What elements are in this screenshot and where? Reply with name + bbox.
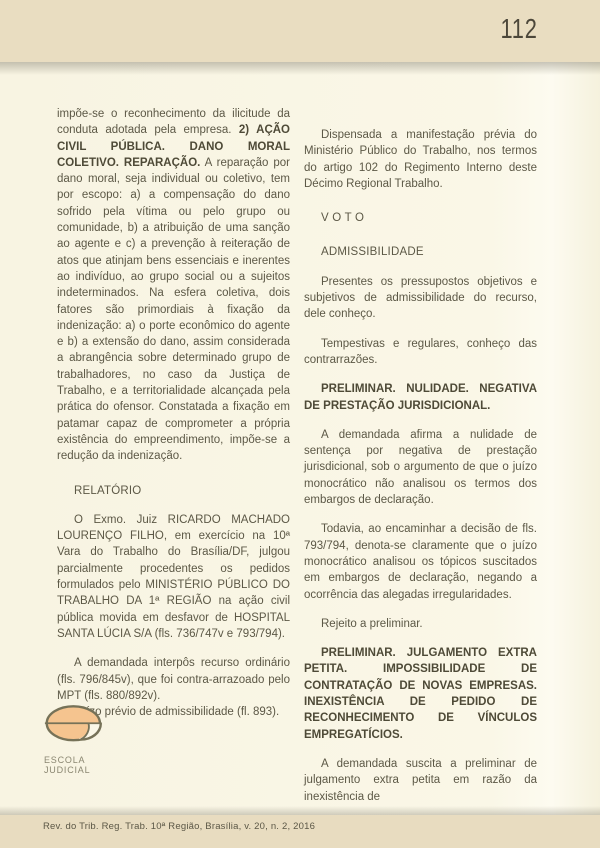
logo-caption: ESCOLA JUDICIAL [44,755,134,775]
paragraph: Tempestivas e regulares, conheço das con… [304,336,537,369]
footer-citation: Rev. do Trib. Reg. Trab. 10ª Região, Bra… [0,815,600,832]
paragraph: Todavia, ao encaminhar a decisão de fls.… [304,521,537,602]
section-heading: V O T O [304,210,537,226]
left-column: impõe-se o reconhecimento da ilicitude d… [57,106,290,805]
section-heading: PRELIMINAR. JULGAMENTO EXTRA PETITA. IMP… [304,645,537,743]
section-heading: ADMISSIBILIDADE [304,244,537,260]
two-column-text: impõe-se o reconhecimento da ilicitude d… [57,106,537,805]
page-number: 112 [501,13,538,45]
paragraph: A demandada suscita a preliminar de julg… [304,756,537,805]
paragraph: O Exmo. Juiz RICARDO MACHADO LOURENÇO FI… [57,512,290,642]
escola-judicial-logo-icon [44,704,110,748]
page-footer-band: Rev. do Trib. Reg. Trab. 10ª Região, Bra… [0,815,600,848]
paragraph: Rejeito a preliminar. [304,616,537,632]
escola-judicial-logo: ESCOLA JUDICIAL [44,704,134,775]
journal-page: 112 impõe-se o reconhecimento da ilicitu… [0,0,600,848]
paragraph: A demandada afirma a nulidade de sentenç… [304,427,537,508]
section-heading: RELATÓRIO [57,483,290,499]
paragraph: A demandada interpôs recurso ordinário (… [57,655,290,704]
page-body: impõe-se o reconhecimento da ilicitude d… [0,62,600,815]
paragraph: impõe-se o reconhecimento da ilicitude d… [57,106,290,465]
paragraph: Dispensada a manifestação prévia do Mini… [304,127,537,192]
paragraph: Presentes os pressupostos objetivos e su… [304,274,537,323]
page-header-band: 112 [0,0,600,62]
right-column: Dispensada a manifestação prévia do Mini… [304,106,537,805]
section-heading: PRELIMINAR. NULIDADE. NEGATIVA DE PRESTA… [304,381,537,414]
text-run: A reparação por dano moral, seja individ… [57,157,290,462]
